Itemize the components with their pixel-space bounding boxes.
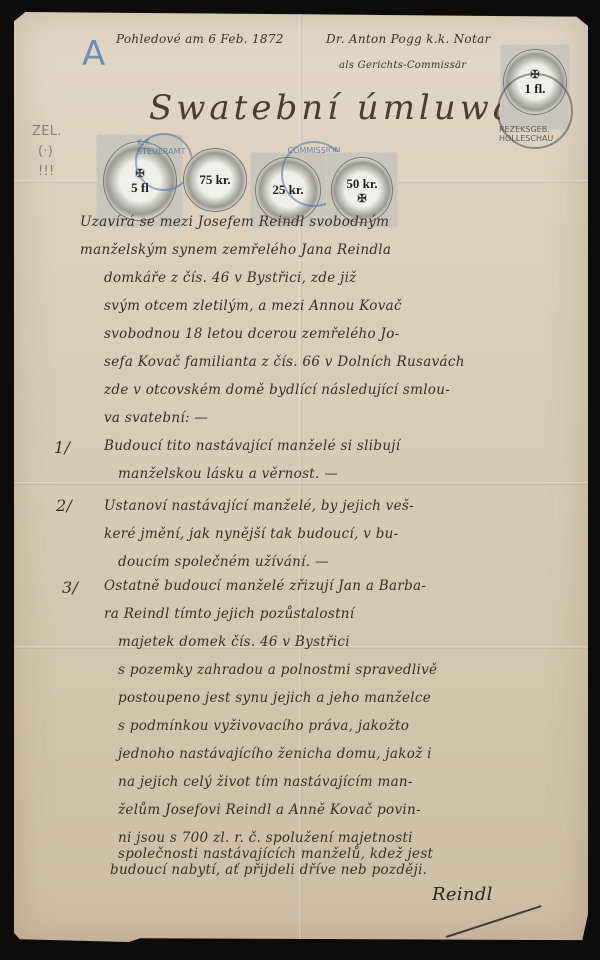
place-date: Pohledové am 6 Feb. 1872 [116,32,284,46]
body-line: Uzavírá se mezi Josefem Reindl svobodným [80,216,389,230]
clause-line: s podmínkou vyživovacího práva, jakožto [118,720,409,734]
clause-number: 1/ [54,438,70,457]
clause-line: budoucí nabytí, ať přijdeli dříve neb po… [110,864,427,878]
pencil-note: !!! [38,164,55,179]
body-line: manželským synem zemřelého Jana Reindla [80,244,391,258]
clause-line: manželskou lásku a věrnost. — [118,468,338,482]
clause-line: ni jsou s 700 zl. r. č. spolužení majetn… [118,832,413,846]
clause-line: majetek domek čís. 46 v Bystřici [118,636,350,650]
signature-flourish [446,905,542,937]
body-line: va svatební: — [104,412,208,426]
clause-line: společnosti nastávajících manželů, kdež … [118,848,433,862]
clause-number: 2/ [56,496,72,515]
clause-line: postoupeno jest synu jejich a jeho manže… [118,692,431,706]
pencil-note: (·) [38,144,53,159]
body-line: svým otcem zletilým, a mezi Annou Kovač [104,300,402,314]
body-line: svobodnou 18 letou dcerou zemřelého Jo- [104,328,400,342]
stamp-disc: 75 kr. [183,148,247,212]
blue-pencil-mark: A [82,34,106,74]
clause-number: 3/ [62,578,78,597]
body-line: sefa Kovač familianta z čís. 66 v Dolníc… [104,356,465,370]
document-paper: A Pohledové am 6 Feb. 1872 Dr. Anton Pog… [14,12,588,942]
body-line: zde v otcovském domě bydlící následující… [104,384,450,398]
clause-line: Budoucí tito nastávající manželé si slib… [104,440,400,454]
document-title: Swatební úmluwa [149,88,517,128]
notary-name: Dr. Anton Pogg k.k. Notar [326,32,491,46]
revenue-stamp-1fl: ✠ 1 fl. REZEKSGEB. HOLLESCHAU [500,44,570,130]
clause-line: Ostatně budoucí manželé zřizují Jan a Ba… [104,580,426,594]
clause-line: na jejich celý život tím nastávajícím ma… [118,776,413,790]
signature: Reindl [432,884,493,905]
clause-line: ra Reindl tímto jejich pozůstalostní [104,608,354,622]
clause-line: doucím společném užívání. — [118,556,329,570]
clause-line: želům Josefovi Reindl a Anně Kovač povin… [118,804,421,818]
clause-line: keré jmění, jak nynější tak budoucí, v b… [104,528,399,542]
pencil-note: ZEL. [32,124,62,139]
double-eagle-icon: ✠ [357,192,366,205]
body-line: domkáře z čís. 46 v Bystřici, zde již [104,272,357,286]
cancel-postmark: REZEKSGEB. HOLLESCHAU [497,73,573,149]
notary-office: als Gerichts-Commissär [339,60,466,71]
clause-line: jednoho nastávajícího ženicha domu, jako… [118,748,432,762]
clause-line: s pozemky zahradou a polnostmi spravedli… [118,664,437,678]
clause-line: Ustanoví nastávající manželé, by jejich … [104,500,414,514]
